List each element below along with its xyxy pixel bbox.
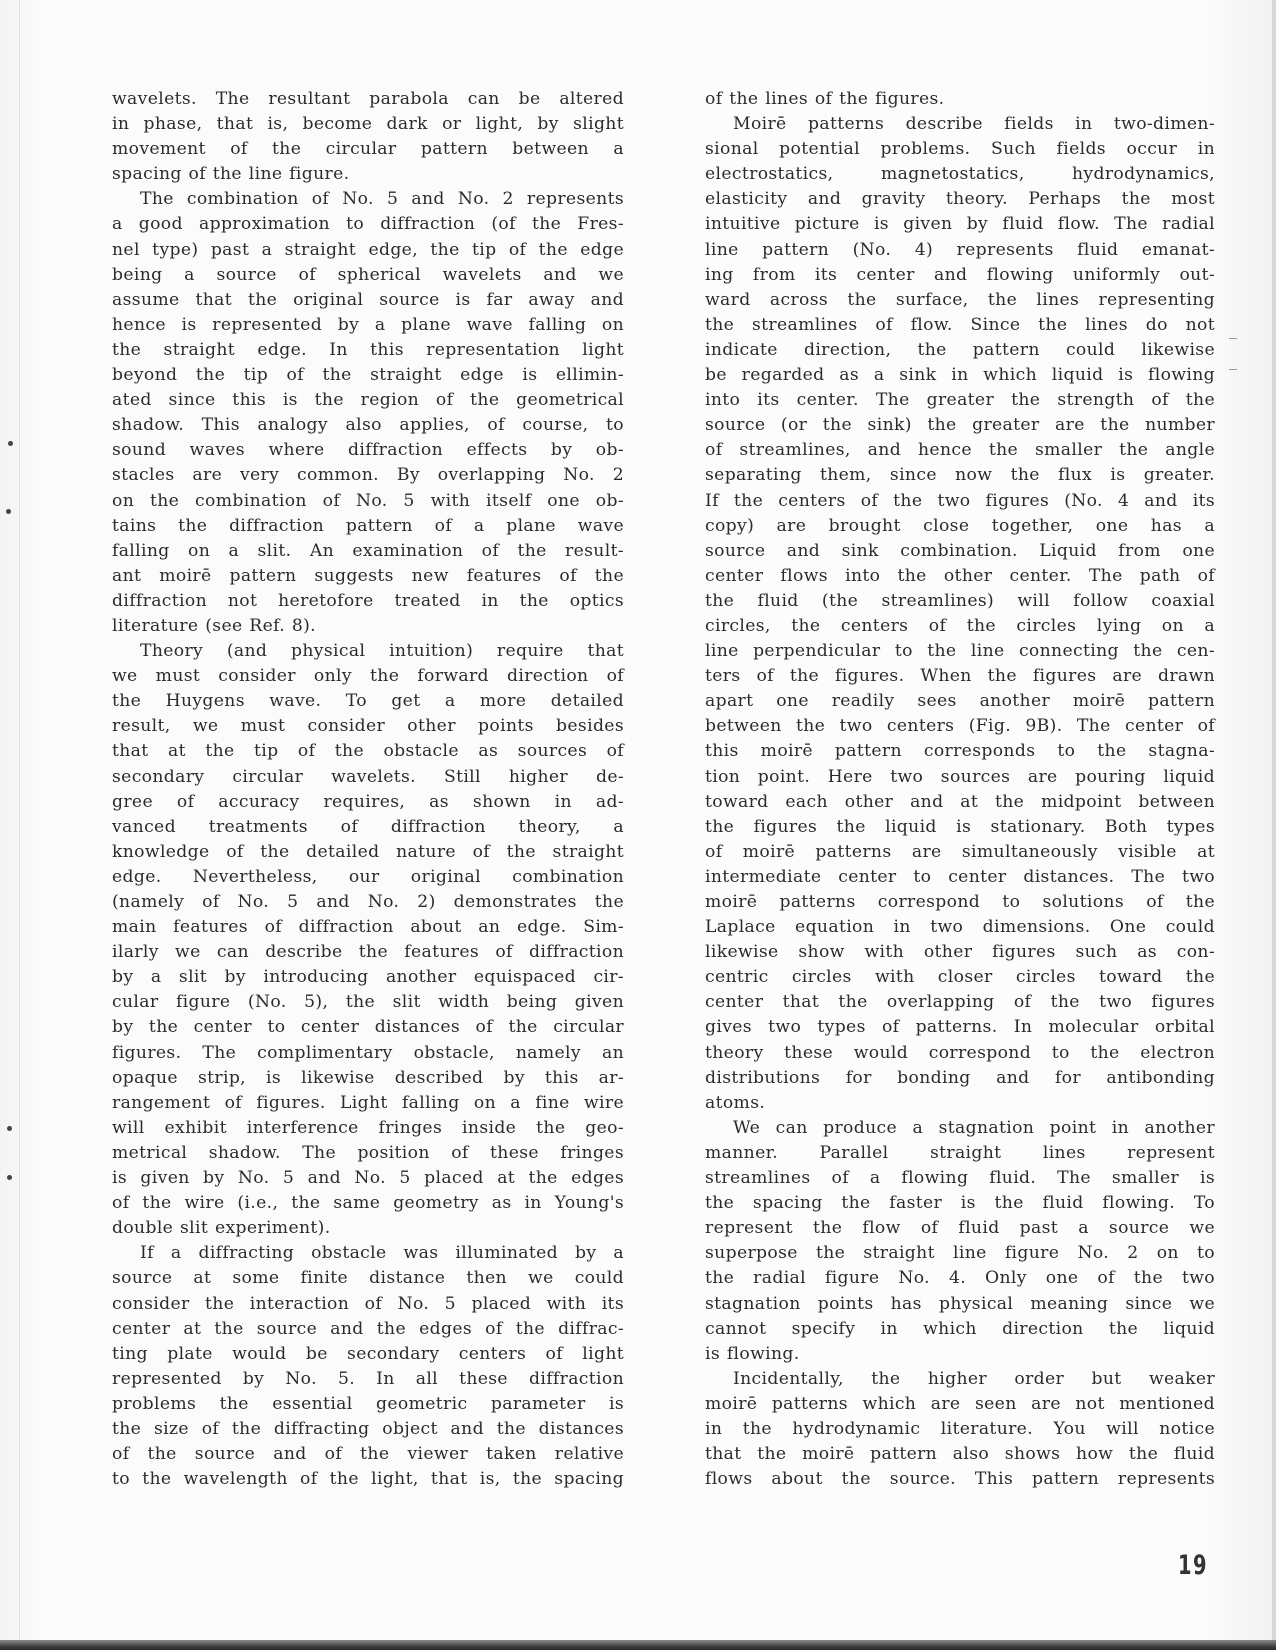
paragraph: of the lines of the figures. xyxy=(705,87,1215,112)
text-line: represent the flow of fluid past a sourc… xyxy=(705,1216,1215,1241)
text-line: apart one readily sees another moirē pat… xyxy=(705,689,1215,714)
text-line: a good approximation to diffraction (of … xyxy=(112,212,624,237)
text-line: ward across the surface, the lines repre… xyxy=(705,288,1215,313)
text-line: is flowing. xyxy=(705,1342,1215,1367)
text-line: of streamlines, and hence the smaller th… xyxy=(705,438,1215,463)
text-line: of the lines of the figures. xyxy=(705,87,1215,112)
text-line: movement of the circular pattern between… xyxy=(112,137,624,162)
paragraph: wavelets. The resultant parabola can be … xyxy=(112,87,624,187)
text-line: of the source and of the viewer taken re… xyxy=(112,1442,624,1467)
text-line: ting plate would be secondary centers of… xyxy=(112,1342,624,1367)
text-line: We can produce a stagnation point in ano… xyxy=(705,1116,1215,1141)
text-line: the Huygens wave. To get a more detailed xyxy=(112,689,624,714)
text-line: diffraction not heretofore treated in th… xyxy=(112,589,624,614)
text-line: by a slit by introducing another equispa… xyxy=(112,965,624,990)
text-line: center that the overlapping of the two f… xyxy=(705,990,1215,1015)
paragraph: We can produce a stagnation point in ano… xyxy=(705,1116,1215,1367)
margin-tick-mark xyxy=(1229,338,1237,339)
text-line: sional potential problems. Such fields o… xyxy=(705,137,1215,162)
text-line: stagnation points has physical meaning s… xyxy=(705,1292,1215,1317)
text-line: represented by No. 5. In all these diffr… xyxy=(112,1367,624,1392)
text-line: secondary circular wavelets. Still highe… xyxy=(112,765,624,790)
right-page-edge xyxy=(1272,0,1276,1650)
text-line: Moirē patterns describe fields in two-di… xyxy=(705,112,1215,137)
text-line: beyond the tip of the straight edge is e… xyxy=(112,363,624,388)
text-line: the streamlines of flow. Since the lines… xyxy=(705,313,1215,338)
text-line: sound waves where diffraction effects by… xyxy=(112,438,624,463)
text-line: copy) are brought close together, one ha… xyxy=(705,514,1215,539)
binder-hole-mark xyxy=(8,441,13,446)
text-line: If the centers of the two figures (No. 4… xyxy=(705,489,1215,514)
text-line: stacles are very common. By overlapping … xyxy=(112,463,624,488)
text-line: streamlines of a flowing fluid. The smal… xyxy=(705,1166,1215,1191)
text-line: wavelets. The resultant parabola can be … xyxy=(112,87,624,112)
text-line: moirē patterns correspond to solutions o… xyxy=(705,890,1215,915)
text-line: on the combination of No. 5 with itself … xyxy=(112,489,624,514)
binder-hole-mark xyxy=(6,509,11,514)
text-line: tains the diffraction pattern of a plane… xyxy=(112,514,624,539)
text-line: separating them, since now the flux is g… xyxy=(705,463,1215,488)
binding-edge-line xyxy=(19,0,20,1650)
binder-hole-mark xyxy=(7,1175,12,1180)
paragraph: Moirē patterns describe fields in two-di… xyxy=(705,112,1215,1116)
text-line: ilarly we can describe the features of d… xyxy=(112,940,624,965)
bottom-page-edge-shadow xyxy=(0,1640,1276,1650)
text-line: into its center. The greater the strengt… xyxy=(705,388,1215,413)
text-line: by the center to center distances of the… xyxy=(112,1015,624,1040)
text-line: gives two types of patterns. In molecula… xyxy=(705,1015,1215,1040)
text-line: tion point. Here two sources are pouring… xyxy=(705,765,1215,790)
text-line: assume that the original source is far a… xyxy=(112,288,624,313)
text-line: opaque strip, is likewise described by t… xyxy=(112,1066,624,1091)
text-line: Incidentally, the higher order but weake… xyxy=(705,1367,1215,1392)
text-line: falling on a slit. An examination of the… xyxy=(112,539,624,564)
text-line: source (or the sink) the greater are the… xyxy=(705,413,1215,438)
text-line: circles, the centers of the circles lyin… xyxy=(705,614,1215,639)
text-line: intuitive picture is given by fluid flow… xyxy=(705,212,1215,237)
text-line: that at the tip of the obstacle as sourc… xyxy=(112,739,624,764)
text-line: cannot specify in which direction the li… xyxy=(705,1317,1215,1342)
text-line: rangement of figures. Light falling on a… xyxy=(112,1091,624,1116)
text-line: distributions for bonding and for antibo… xyxy=(705,1066,1215,1091)
paragraph: Theory (and physical intuition) require … xyxy=(112,639,624,1241)
text-line: the straight edge. In this representatio… xyxy=(112,338,624,363)
right-text-column: of the lines of the figures.Moirē patter… xyxy=(705,87,1215,1492)
scanned-page: wavelets. The resultant parabola can be … xyxy=(0,0,1276,1650)
text-line: moirē patterns which are seen are not me… xyxy=(705,1392,1215,1417)
paragraph: If a diffracting obstacle was illuminate… xyxy=(112,1241,624,1492)
text-line: atoms. xyxy=(705,1091,1215,1116)
text-line: we must consider only the forward direct… xyxy=(112,664,624,689)
text-line: (namely of No. 5 and No. 2) demonstrates… xyxy=(112,890,624,915)
text-line: edge. Nevertheless, our original combina… xyxy=(112,865,624,890)
text-line: literature (see Ref. 8). xyxy=(112,614,624,639)
text-line: indicate direction, the pattern could li… xyxy=(705,338,1215,363)
text-line: figures. The complimentary obstacle, nam… xyxy=(112,1041,624,1066)
text-line: vanced treatments of diffraction theory,… xyxy=(112,815,624,840)
text-line: of the wire (i.e., the same geometry as … xyxy=(112,1191,624,1216)
text-line: to the wavelength of the light, that is,… xyxy=(112,1467,624,1492)
margin-tick-mark xyxy=(1229,369,1237,370)
text-line: in phase, that is, become dark or light,… xyxy=(112,112,624,137)
text-line: gree of accuracy requires, as shown in a… xyxy=(112,790,624,815)
text-line: ters of the figures. When the figures ar… xyxy=(705,664,1215,689)
text-line: the radial figure No. 4. Only one of the… xyxy=(705,1266,1215,1291)
text-line: the size of the diffracting object and t… xyxy=(112,1417,624,1442)
text-line: If a diffracting obstacle was illuminate… xyxy=(112,1241,624,1266)
text-line: the spacing the faster is the fluid flow… xyxy=(705,1191,1215,1216)
text-line: source and sink combination. Liquid from… xyxy=(705,539,1215,564)
text-line: cular figure (No. 5), the slit width bei… xyxy=(112,990,624,1015)
text-line: is given by No. 5 and No. 5 placed at th… xyxy=(112,1166,624,1191)
text-line: the fluid (the streamlines) will follow … xyxy=(705,589,1215,614)
text-line: of moirē patterns are simultaneously vis… xyxy=(705,840,1215,865)
text-line: intermediate center to center distances.… xyxy=(705,865,1215,890)
text-line: line pattern (No. 4) represents fluid em… xyxy=(705,238,1215,263)
text-line: likewise show with other figures such as… xyxy=(705,940,1215,965)
text-line: ing from its center and flowing uniforml… xyxy=(705,263,1215,288)
text-line: double slit experiment). xyxy=(112,1216,624,1241)
text-line: spacing of the line figure. xyxy=(112,162,624,187)
text-line: being a source of spherical wavelets and… xyxy=(112,263,624,288)
text-line: metrical shadow. The position of these f… xyxy=(112,1141,624,1166)
page-number: 19 xyxy=(1178,1550,1208,1581)
text-line: the figures the liquid is stationary. Bo… xyxy=(705,815,1215,840)
text-line: theory these would correspond to the ele… xyxy=(705,1041,1215,1066)
paragraph: Incidentally, the higher order but weake… xyxy=(705,1367,1215,1492)
text-line: source at some finite distance then we c… xyxy=(112,1266,624,1291)
text-line: Laplace equation in two dimensions. One … xyxy=(705,915,1215,940)
text-line: main features of diffraction about an ed… xyxy=(112,915,624,940)
text-line: toward each other and at the midpoint be… xyxy=(705,790,1215,815)
text-line: centric circles with closer circles towa… xyxy=(705,965,1215,990)
text-line: hence is represented by a plane wave fal… xyxy=(112,313,624,338)
text-line: will exhibit interference fringes inside… xyxy=(112,1116,624,1141)
text-line: ant moirē pattern suggests new features … xyxy=(112,564,624,589)
binder-hole-mark xyxy=(7,1126,12,1131)
text-line: nel type) past a straight edge, the tip … xyxy=(112,238,624,263)
text-line: between the two centers (Fig. 9B). The c… xyxy=(705,714,1215,739)
text-line: consider the interaction of No. 5 placed… xyxy=(112,1292,624,1317)
text-line: The combination of No. 5 and No. 2 repre… xyxy=(112,187,624,212)
text-line: Theory (and physical intuition) require … xyxy=(112,639,624,664)
text-line: shadow. This analogy also applies, of co… xyxy=(112,413,624,438)
text-line: that the moirē pattern also shows how th… xyxy=(705,1442,1215,1467)
text-line: elasticity and gravity theory. Perhaps t… xyxy=(705,187,1215,212)
text-line: center flows into the other center. The … xyxy=(705,564,1215,589)
text-line: manner. Parallel straight lines represen… xyxy=(705,1141,1215,1166)
left-text-column: wavelets. The resultant parabola can be … xyxy=(112,87,624,1492)
text-line: superpose the straight line figure No. 2… xyxy=(705,1241,1215,1266)
text-line: center at the source and the edges of th… xyxy=(112,1317,624,1342)
text-line: electrostatics, magnetostatics, hydrodyn… xyxy=(705,162,1215,187)
text-line: line perpendicular to the line connectin… xyxy=(705,639,1215,664)
text-line: problems the essential geometric paramet… xyxy=(112,1392,624,1417)
text-line: flows about the source. This pattern rep… xyxy=(705,1467,1215,1492)
text-line: knowledge of the detailed nature of the … xyxy=(112,840,624,865)
text-line: result, we must consider other points be… xyxy=(112,714,624,739)
paragraph: The combination of No. 5 and No. 2 repre… xyxy=(112,187,624,639)
text-line: in the hydrodynamic literature. You will… xyxy=(705,1417,1215,1442)
text-line: be regarded as a sink in which liquid is… xyxy=(705,363,1215,388)
text-line: this moirē pattern corresponds to the st… xyxy=(705,739,1215,764)
text-line: ated since this is the region of the geo… xyxy=(112,388,624,413)
